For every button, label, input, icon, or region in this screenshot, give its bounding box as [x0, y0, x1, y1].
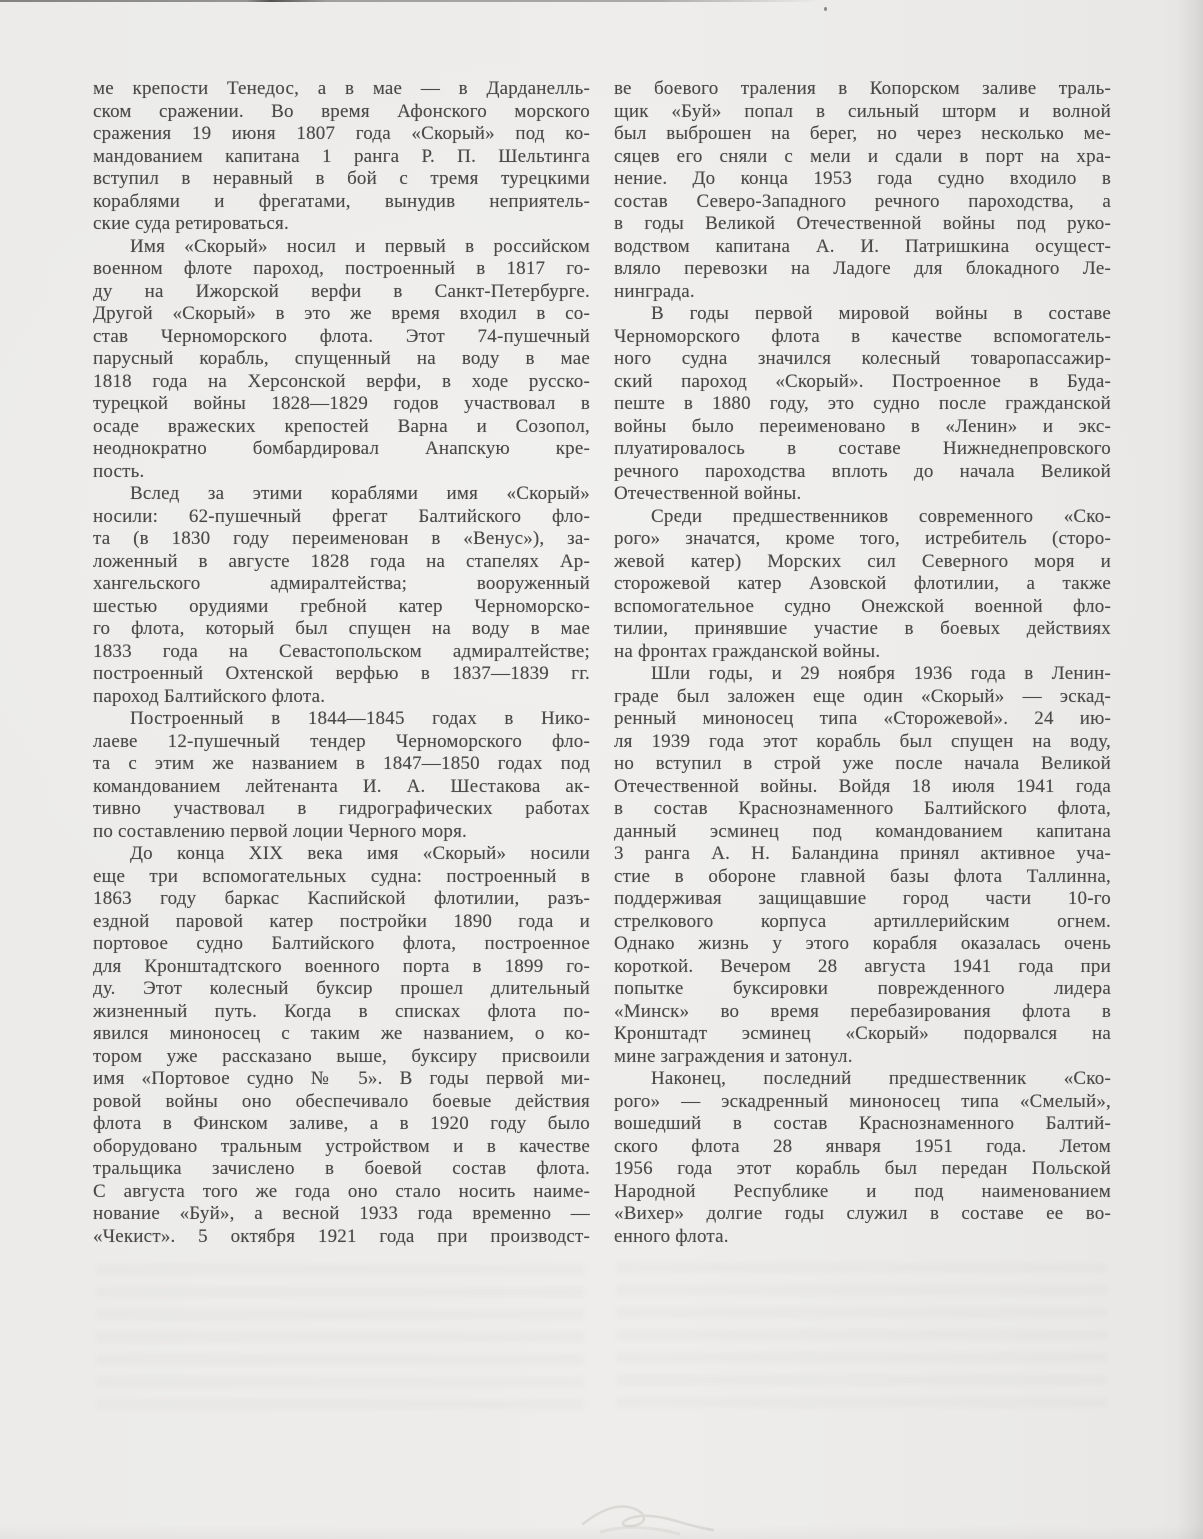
text-line: сторожевой катер Азовской флотилии, а та…: [614, 573, 1111, 596]
text-line: рого» значатся, кроме того, истребитель …: [614, 528, 1111, 551]
text-line: тилии, принявшие участие в боевых действ…: [614, 618, 1111, 641]
text-line: войны было переименовано в «Ленин» и экс…: [614, 416, 1111, 439]
text-line: короткой. Вечером 28 августа 1941 года п…: [614, 956, 1111, 979]
text-line: явился миноносец с таким же названием, о…: [93, 1023, 590, 1046]
text-line: нение. До конца 1953 года судно входило …: [614, 168, 1111, 191]
text-line: ренный миноносец типа «Сторожевой». 24 и…: [614, 708, 1111, 731]
text-line: До конца XIX века имя «Скорый» носили: [93, 843, 590, 866]
text-line: ездной паровой катер постройки 1890 года…: [93, 911, 590, 934]
text-line: ложенный в августе 1828 года на стапелях…: [93, 551, 590, 574]
text-line: та (в 1830 году переименован в «Венус»),…: [93, 528, 590, 551]
text-line: мандованием капитана 1 ранга Р. П. Шельт…: [93, 146, 590, 169]
ink-speck: [824, 7, 827, 11]
text-line: осаде вражеских крепостей Варна и Созопо…: [93, 416, 590, 439]
text-line: речного пароходства вплоть до начала Вел…: [614, 461, 1111, 484]
text-line: военном флоте пароход, построенный в 181…: [93, 258, 590, 281]
text-line: 1833 года на Севастопольском адмиралтейс…: [93, 641, 590, 664]
text-line: мине заграждения и затонул.: [614, 1046, 1111, 1069]
text-line: го флота, который был спущен на воду в м…: [93, 618, 590, 641]
text-line: вспомогательное судно Онежской военной ф…: [614, 596, 1111, 619]
text-line: командованием лейтенанта И. А. Шестакова…: [93, 776, 590, 799]
text-line: построенный Охтенской верфью в 1837—1839…: [93, 663, 590, 686]
text-line: но вступил в строй уже после начала Вели…: [614, 753, 1111, 776]
text-line: ского флота 28 января 1951 года. Летом: [614, 1136, 1111, 1159]
text-line: по составлению первой лоции Черного моря…: [93, 821, 590, 844]
text-line: Другой «Скорый» в это же время входил в …: [93, 303, 590, 326]
text-line: носили: 62-пушечный фрегат Балтийского ф…: [93, 506, 590, 529]
scan-edge-line: [0, 0, 820, 2]
text-line: 1818 года на Херсонской верфи, в ходе ру…: [93, 371, 590, 394]
text-line: состав Северо-Западного речного пароходс…: [614, 191, 1111, 214]
text-line: Шли годы, и 29 ноября 1936 года в Ленин-: [614, 663, 1111, 686]
text-line: Отечественной войны. Войдя 18 июля 1941 …: [614, 776, 1111, 799]
text-line: попытке буксировки поврежденного лидера: [614, 978, 1111, 1001]
text-line: В годы первой мировой войны в составе: [614, 303, 1111, 326]
text-line: Черноморского флота в качестве вспомогат…: [614, 326, 1111, 349]
text-line: ду на Ижорской верфи в Санкт-Петербурге.: [93, 281, 590, 304]
text-line: С августа того же года оно стало носить …: [93, 1181, 590, 1204]
text-line: парусный корабль, спущенный на воду в ма…: [93, 348, 590, 371]
text-line: неоднократно бомбардировал Анапскую кре-: [93, 438, 590, 461]
text-line: ля 1939 года этот корабль был спущен на …: [614, 731, 1111, 754]
text-line: тральщика зачислено в боевой состав флот…: [93, 1158, 590, 1181]
text-line: ские суда ретироваться.: [93, 213, 590, 236]
text-line: имя «Портовое судно № 5». В годы первой …: [93, 1068, 590, 1091]
text-line: вступил в неравный в бой с тремя турецки…: [93, 168, 590, 191]
text-line: пеште в 1880 году, это судно после гражд…: [614, 393, 1111, 416]
text-line: ве боевого траления в Копорском заливе т…: [614, 78, 1111, 101]
text-line: водством капитана А. И. Патришкина осуще…: [614, 236, 1111, 259]
text-line: был выброшен на берег, но через нескольк…: [614, 123, 1111, 146]
text-line: тивно участвовал в гидрографических рабо…: [93, 798, 590, 821]
text-line: кораблями и фрегатами, вынудив неприятел…: [93, 191, 590, 214]
text-line: жевой катер) Морских сил Северного моря …: [614, 551, 1111, 574]
text-line: рого» — эскадренный миноносец типа «Смел…: [614, 1091, 1111, 1114]
text-line: Однако жизнь у этого корабля оказалась о…: [614, 933, 1111, 956]
text-line: в годы Великой Отечественной войны под р…: [614, 213, 1111, 236]
text-line: вошедший в состав Краснознаменного Балти…: [614, 1113, 1111, 1136]
text-line: Имя «Скорый» носил и первый в российском: [93, 236, 590, 259]
pencil-smudge: [575, 1480, 735, 1539]
text-line: стие в обороне главной базы флота Таллин…: [614, 866, 1111, 889]
text-line: Построенный в 1844—1845 годах в Нико-: [93, 708, 590, 731]
text-line: тором уже рассказано выше, буксиру присв…: [93, 1046, 590, 1069]
show-through-text-left: [95, 1264, 585, 1414]
text-line: Наконец, последний предшественник «Ско-: [614, 1068, 1111, 1091]
text-line: Народной Республике и под наименованием: [614, 1181, 1111, 1204]
text-line: турецкой войны 1828—1829 годов участвова…: [93, 393, 590, 416]
text-line: оборудовано тральным устройством и в кач…: [93, 1136, 590, 1159]
text-line: «Вихер» долгие годы служил в составе ее …: [614, 1203, 1111, 1226]
text-line: 1956 года этот корабль был передан Польс…: [614, 1158, 1111, 1181]
text-line: «Чекист». 5 октября 1921 года при произв…: [93, 1226, 590, 1249]
text-line: «Минск» во время перебазирования флота в: [614, 1001, 1111, 1024]
text-line: сражения 19 июня 1807 года «Скорый» под …: [93, 123, 590, 146]
text-line: пость.: [93, 461, 590, 484]
text-line: на фронтах гражданской войны.: [614, 641, 1111, 664]
page-edge-shadow: [1177, 0, 1203, 1539]
text-line: ме крепости Тенедос, а в мае — в Дардане…: [93, 78, 590, 101]
text-line: поддерживая защищавшие город части 10-го: [614, 888, 1111, 911]
text-line: портовое судно Балтийского флота, постро…: [93, 933, 590, 956]
text-line: жизненный путь. Когда в списках флота по…: [93, 1001, 590, 1024]
text-line: вляло перевозки на Ладоге для блокадного…: [614, 258, 1111, 281]
text-line: ровой войны оно обеспечивало боевые дейс…: [93, 1091, 590, 1114]
text-line: енного флота.: [614, 1226, 1111, 1249]
left-text-column: ме крепости Тенедос, а в мае — в Дардане…: [93, 78, 590, 1248]
text-line: Кронштадт эсминец «Скорый» подорвался на: [614, 1023, 1111, 1046]
show-through-text-right: [616, 1262, 1108, 1420]
text-line: шестью орудиями гребной катер Черноморск…: [93, 596, 590, 619]
text-line: 1863 году баркас Каспийской флотилии, ра…: [93, 888, 590, 911]
text-line: данный эсминец под командованием капитан…: [614, 821, 1111, 844]
text-line: щик «Буй» попал в сильный шторм и волной: [614, 101, 1111, 124]
text-line: для Кронштадтского военного порта в 1899…: [93, 956, 590, 979]
text-line: Среди предшественников современного «Ско…: [614, 506, 1111, 529]
text-line: та с этим же названием в 1847—1850 годах…: [93, 753, 590, 776]
text-line: ский пароход «Скорый». Построенное в Буд…: [614, 371, 1111, 394]
scanned-book-page: ме крепости Тенедос, а в мае — в Дардане…: [0, 0, 1203, 1539]
text-line: 3 ранга А. Н. Баландина принял активное …: [614, 843, 1111, 866]
text-line: ском сражении. Во время Афонского морско…: [93, 101, 590, 124]
text-line: флота в Финском заливе, а в 1920 году бы…: [93, 1113, 590, 1136]
text-line: лаеве 12-пушечный тендер Черноморского ф…: [93, 731, 590, 754]
text-line: сяцев его сняли с мели и сдали в порт на…: [614, 146, 1111, 169]
text-line: Отечественной войны.: [614, 483, 1111, 506]
text-line: в состав Краснознаменного Балтийского фл…: [614, 798, 1111, 821]
text-line: пароход Балтийского флота.: [93, 686, 590, 709]
text-line: хангельского адмиралтейства; вооруженный: [93, 573, 590, 596]
text-line: плуатировалось в составе Нижнеднепровско…: [614, 438, 1111, 461]
text-line: граде был заложен еще один «Скорый» — эс…: [614, 686, 1111, 709]
text-line: стрелкового корпуса артиллерийским огнем…: [614, 911, 1111, 934]
text-line: еще три вспомогательных судна: построенн…: [93, 866, 590, 889]
text-line: нинграда.: [614, 281, 1111, 304]
right-text-column: ве боевого траления в Копорском заливе т…: [614, 78, 1111, 1248]
text-line: ного судна значился колесный товаропасса…: [614, 348, 1111, 371]
text-line: Вслед за этими кораблями имя «Скорый»: [93, 483, 590, 506]
text-line: ду. Этот колесный буксир прошел длительн…: [93, 978, 590, 1001]
text-line: нование «Буй», а весной 1933 года времен…: [93, 1203, 590, 1226]
text-line: став Черноморского флота. Этот 74-пушечн…: [93, 326, 590, 349]
